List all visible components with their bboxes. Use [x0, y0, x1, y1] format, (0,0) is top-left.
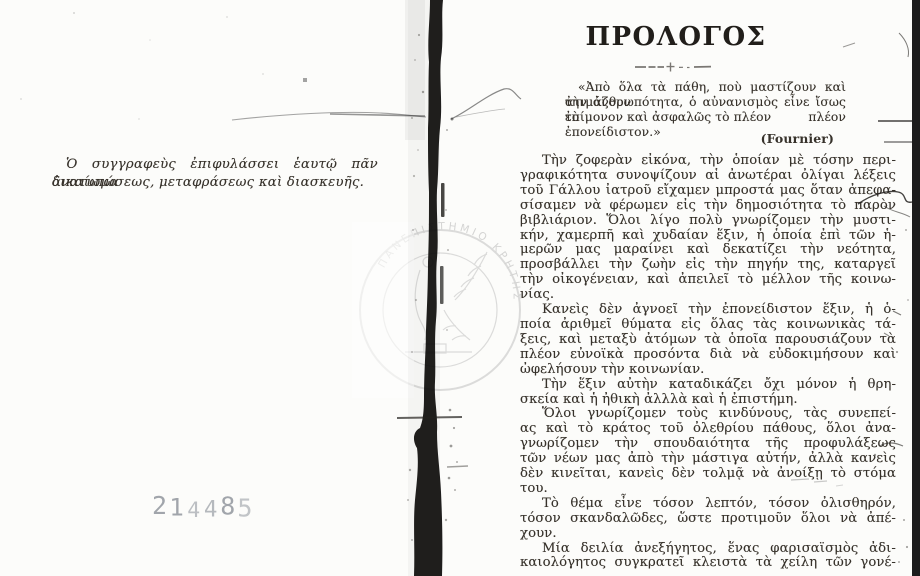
text-line: τὴν ἀνθρωπότητα, ὁ αὐνανισμὸς εἶνε ἴσως … — [565, 95, 846, 110]
body-paragraph: Τὸ θέμα εἶνε τόσον λεπτόν, τόσον ὀλισθηρ… — [520, 497, 896, 542]
body-paragraph: Μία δειλία ἀνεξήγητος, ἕνας φαρισαϊσμὸς … — [520, 542, 896, 572]
text-line: ἀνατυπώσεως, μεταφράσεως καὶ διασκευῆς. — [52, 174, 378, 192]
text-line: Ὁ συγγραφεὺς ἐπιφυλάσσει ἑαυτῷ πᾶν δικαί… — [52, 156, 378, 174]
body-paragraph: Κανεὶς δὲν ἀγνοεῖ τὴν ἐπονείδιστον ἕξιν,… — [520, 303, 896, 378]
epigraph: «Ἀπὸ ὅλα τὰ πάθη, ποὺ μαστίζουν καὶ ἀτιμ… — [565, 80, 846, 146]
stamp-digit: 5 — [237, 494, 254, 523]
text-line: Κανεὶς δὲν ἀγνοεῖ τὴν ἐπονείδιστον ἕξιν,… — [520, 303, 896, 318]
stamp-digit: 1 — [169, 493, 186, 521]
epigraph-lines: «Ἀπὸ ὅλα τὰ πάθη, ποὺ μαστίζουν καὶ ἀτιμ… — [565, 80, 846, 125]
text-line: νίας. — [520, 288, 896, 303]
text-line: δὲν κινεῖται, κανεὶς δὲν τολμᾷ νὰ ἀνοίξῃ… — [520, 467, 896, 482]
text-line: Τὸ θέμα εἶνε τόσον λεπτόν, τόσον ὀλισθηρ… — [520, 497, 896, 512]
text-line: πλέον εὐνοϊκὰ προσόντα διὰ νὰ εὐδοκιμήσο… — [520, 348, 896, 363]
svg-text:ΠΑΝΕΠΙΣΤΗΜΙΟ ΚΡΗΤΗΣ: ΠΑΝΕΠΙΣΤΗΜΙΟ ΚΡΗΤΗΣ — [376, 221, 522, 303]
stamp-digit: 4 — [187, 497, 202, 522]
watermark-text: ΠΑΝΕΠΙΣΤΗΜΙΟ ΚΡΗΤΗΣ — [376, 221, 522, 303]
text-line: τὴν οἰκογένειαν, καὶ ἀπειλεῖ τὸ μέλλον τ… — [520, 273, 896, 288]
title-ornament — [634, 58, 712, 70]
text-line: του. — [520, 482, 896, 497]
body-text: Τὴν ζοφερὰν εἰκόνα, τὴν ὁποίαν μὲ τόσην … — [520, 154, 896, 571]
text-line: τόσον σκανδαλῶδες, ὥστε προτιμοῦν ὅλοι ν… — [520, 512, 896, 527]
body-paragraph: Τὴν ζοφερὰν εἰκόνα, τὴν ὁποίαν μὲ τόσην … — [520, 154, 896, 303]
text-line: καιολόγητος συγκρατεῖ κλειστὰ τὰ χείλη τ… — [520, 556, 896, 571]
binding-gutter — [397, 0, 468, 576]
text-line: ποία ἀριθμεῖ θύματα εἰς ὅλας τὰς κοινωνι… — [520, 318, 896, 333]
text-line: σίσαμεν νὰ φέρωμεν εἰς τὴν δημοσιότητα τ… — [520, 199, 896, 214]
text-line: Τὴν ἕξιν αὐτὴν καταδικάζει ὄχι μόνον ἡ θ… — [520, 378, 896, 393]
text-line: χουν. — [520, 527, 896, 542]
stamp-number: 214485 — [152, 492, 254, 521]
watermark-seal-icon: ΠΑΝΕΠΙΣΤΗΜΙΟ ΚΡΗΤΗΣ — [352, 221, 523, 398]
body-paragraph: Ὅλοι γνωρίζομεν τοὺς κινδύνους, τὰς συνε… — [520, 407, 896, 496]
stamp-digit: 4 — [204, 496, 219, 522]
copyright-paragraph: Ὁ συγγραφεὺς ἐπιφυλάσσει ἑαυτῷ πᾶν δικαί… — [52, 156, 378, 191]
paper-creases — [232, 89, 521, 121]
text-line: βιβλιάριον. Ὅλοι λίγο πολὺ γνωρίζομεν τὴ… — [520, 214, 896, 229]
body-paragraph: Τὴν ἕξιν αὐτὴν καταδικάζει ὄχι μόνον ἡ θ… — [520, 378, 896, 408]
stamp-digit: 8 — [220, 492, 237, 521]
text-line: ξεις, καὶ μεταξὺ ἀτόμων τὰ ὁποῖα παρουσι… — [520, 333, 896, 348]
text-line: γνωρίζομεν τὴν σπουδαιότητα τῆς προφυλάξ… — [520, 437, 896, 452]
scanned-book-spread: Ὁ συγγραφεὺς ἐπιφυλάσσει ἑαυτῷ πᾶν δικαί… — [0, 0, 920, 576]
epigraph-paragraph: «Ἀπὸ ὅλα τὰ πάθη, ποὺ μαστίζουν καὶ ἀτιμ… — [565, 80, 846, 125]
text-line: γραφικότητα συνοψίζουν αἱ ἀνωτέραι ὀλίγα… — [520, 169, 896, 184]
text-line: ὠφελήσουν τὴν κοινωνίαν. — [520, 363, 896, 378]
text-line: «Ἀπὸ ὅλα τὰ πάθη, ποὺ μαστίζουν καὶ ἀτιμ… — [565, 80, 846, 95]
text-line: προσβάλλει τὴν ζωὴν εἰς τὴν πηγήν της, κ… — [520, 258, 896, 273]
text-line: ας καὶ τὸ κράτος τοῦ ὀλεθρίου πάθους, ὅλ… — [520, 422, 896, 437]
copyright-notice: Ὁ συγγραφεὺς ἐπιφυλάσσει ἑαυτῷ πᾶν δικαί… — [52, 156, 378, 191]
text-line: Τὴν ζοφερὰν εἰκόνα, τὴν ὁποίαν μὲ τόσην … — [520, 154, 896, 169]
text-line: τῶν νέων μας ἀπὸ τὴν μάστιγα αὐτήν, ἀλλὰ… — [520, 452, 896, 467]
text-line: τοῦ Γάλλου ἰατροῦ εἴχαμεν μπροστά μας ὅτ… — [520, 184, 896, 199]
stamp-digit: 2 — [152, 491, 169, 520]
page-title: ΠΡΟΛΟΓΟΣ — [520, 22, 832, 52]
